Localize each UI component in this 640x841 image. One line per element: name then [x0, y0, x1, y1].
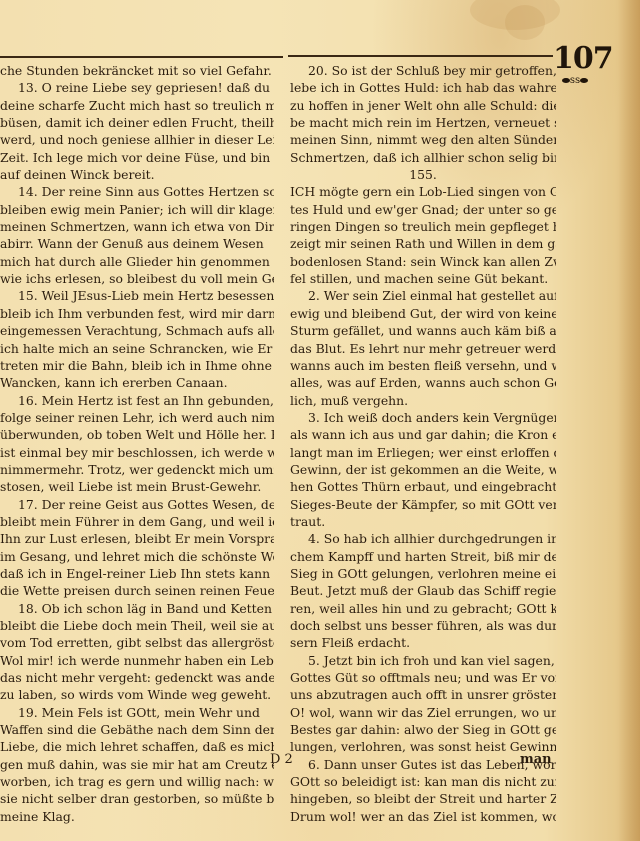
text-line: ICH mögte gern ein Lob-Lied singen von G…: [290, 183, 556, 200]
ornament-dot-icon: [562, 78, 570, 83]
text-line: das nicht mehr vergeht: gedenckt was and…: [0, 669, 274, 686]
text-line: bleib ich Ihm verbunden fest, wird mir d…: [0, 305, 274, 322]
text-line: 15. Weil JEsus-Lieb mein Hertz besessen,…: [0, 287, 274, 304]
text-line: die Wette preisen durch seinen reinen Fe…: [0, 582, 274, 599]
text-line: Sieg in GOtt gelungen, verlohren meine e…: [290, 565, 556, 582]
text-line: 19. Mein Fels ist GOtt, mein Wehr und: [0, 704, 274, 721]
ornament-text: ss: [570, 75, 580, 86]
text-line: Bestes gar dahin: alwo der Sieg in GOtt …: [290, 721, 556, 738]
text-line: 16. Mein Hertz ist fest an Ihn gebunden,…: [0, 392, 274, 409]
text-line: worben, ich trag es gern und willig nach…: [0, 773, 274, 790]
text-line: ringen Dingen so treulich mein gepfleget…: [290, 218, 556, 235]
text-line: meinen Schmertzen, wann ich etwa von Dir: [0, 218, 274, 235]
text-line: Drum wol! wer an das Ziel ist kommen, wo: [290, 808, 556, 825]
text-line: traut.: [290, 513, 556, 530]
text-line: büsen, damit ich deiner edlen Frucht, th…: [0, 114, 274, 131]
text-line: lebe ich in Gottes Huld: ich hab das wah…: [290, 79, 556, 96]
text-line: bleiben ewig mein Panier; ich will dir k…: [0, 201, 274, 218]
right-column: 20. So ist der Schluß bey mir getroffen,…: [290, 62, 556, 825]
text-line: deine scharfe Zucht mich hast so treulic…: [0, 97, 274, 114]
text-line: Liebe, die mich lehret schaffen, daß es …: [0, 738, 274, 755]
text-line: wie ichs erlesen, so bleibest du voll me…: [0, 270, 274, 287]
page-number: 107: [553, 44, 613, 74]
text-line: überwunden, ob toben Welt und Hölle her.…: [0, 426, 274, 443]
text-line: Gottes Güt so offtmals neu; und was Er v…: [290, 669, 556, 686]
text-line: bleibt mein Führer in dem Gang, und weil…: [0, 513, 274, 530]
text-line: 20. So ist der Schluß bey mir getroffen,…: [290, 62, 556, 79]
text-line: wanns auch im besten fleiß versehn, und …: [290, 357, 556, 374]
text-line: Sieges-Beute der Kämpfer, so mit GOtt ve…: [290, 496, 556, 513]
text-line: ich halte mich an seine Schrancken, wie …: [0, 340, 274, 357]
text-line: folge seiner reinen Lehr, ich werd auch …: [0, 409, 274, 426]
catchword: man: [520, 752, 552, 767]
text-line: che Stunden bekräncket mit so viel Gefah…: [0, 62, 274, 79]
text-line: be macht mich rein im Hertzen, verneuet …: [290, 114, 556, 131]
paper-stain: [505, 5, 545, 40]
text-line: Beut. Jetzt muß der Glaub das Schiff reg…: [290, 582, 556, 599]
text-line: meinen Sinn, nimmt weg den alten Sünden-: [290, 131, 556, 148]
text-line: 13. O reine Liebe sey gepriesen! daß du …: [0, 79, 274, 96]
ornament-icon: ss: [552, 75, 598, 87]
text-line: ren, weil alles hin und zu gebracht; GOt…: [290, 600, 556, 617]
text-line: werd, und noch geniese allhier in dieser…: [0, 131, 274, 148]
paper-stain: [470, 0, 560, 30]
text-line: Ihn zur Lust erlesen, bleibt Er mein Vor…: [0, 530, 274, 547]
text-line: Zeit. Ich lege mich vor deine Füse, und …: [0, 149, 274, 166]
text-line: 2. Wer sein Ziel einmal hat gestellet au…: [290, 287, 556, 304]
text-line: zu laben, so wirds vom Winde weg geweht.: [0, 686, 274, 703]
signature-mark: D 2: [270, 752, 293, 767]
text-line: Sturm gefället, und wanns auch käm biß a…: [290, 322, 556, 339]
text-line: bodenlosen Stand: sein Winck kan allen Z…: [290, 253, 556, 270]
text-line: O! wol, wann wir das Ziel errungen, wo u…: [290, 704, 556, 721]
text-line: stosen, weil Liebe ist mein Brust-Gewehr…: [0, 478, 274, 495]
text-line: Schmertzen, daß ich allhier schon selig …: [290, 149, 556, 166]
text-line: sie nicht selber dran gestorben, so müßt…: [0, 790, 274, 807]
text-line: mich hat durch alle Glieder hin genommen…: [0, 253, 274, 270]
text-line: hingeben, so bleibt der Streit und harte…: [290, 790, 556, 807]
text-line: Wol mir! ich werde nunmehr haben ein Leb…: [0, 652, 274, 669]
book-page: 107 ss che Stunden bekräncket mit so vie…: [0, 0, 640, 841]
text-line: Gewinn, der ist gekommen an die Weite, w…: [290, 461, 556, 478]
text-line: Waffen sind die Gebäthe nach dem Sinn de…: [0, 721, 274, 738]
text-line: fel stillen, und machen seine Güt bekant…: [290, 270, 556, 287]
text-line: vom Tod erretten, gibt selbst das allerg…: [0, 634, 274, 651]
text-line: 3. Ich weiß doch anders kein Vergnügen,: [290, 409, 556, 426]
text-line: doch selbst uns besser führen, als was d…: [290, 617, 556, 634]
text-line: ewig und bleibend Gut, der wird von kein…: [290, 305, 556, 322]
text-line: langt man im Erliegen; wer einst erloffe…: [290, 444, 556, 461]
text-line: treten mir die Bahn, bleib ich in Ihme o…: [0, 357, 274, 374]
text-line: zeigt mir seinen Rath und Willen in dem …: [290, 235, 556, 252]
text-line: im Gesang, und lehret mich die schönste …: [0, 548, 274, 565]
text-line: meine Klag.: [0, 808, 274, 825]
left-column: che Stunden bekräncket mit so viel Gefah…: [0, 62, 274, 825]
ornament-dot-icon: [580, 78, 588, 83]
text-line: ist einmal bey mir beschlossen, ich werd…: [0, 444, 274, 461]
text-line: das Blut. Es lehrt nur mehr getreuer wer…: [290, 340, 556, 357]
hymn-number: 155.: [290, 166, 556, 183]
text-line: abirr. Wann der Genuß aus deinem Wesen: [0, 235, 274, 252]
text-line: daß ich in Engel-reiner Lieb Ihn stets k…: [0, 565, 274, 582]
header-rule-left: [0, 56, 283, 58]
text-line: GOtt so beleidigt ist: kan man dis nicht…: [290, 773, 556, 790]
text-line: auf deinen Winck bereit.: [0, 166, 274, 183]
text-line: 14. Der reine Sinn aus Gottes Hertzen so…: [0, 183, 274, 200]
text-line: 5. Jetzt bin ich froh und kan viel sagen…: [290, 652, 556, 669]
text-line: 6. Dann unser Gutes ist das Leben, woran: [290, 756, 556, 773]
text-line: tes Huld und ew'ger Gnad; der unter so g…: [290, 201, 556, 218]
text-line: uns abzutragen auch offt in unsrer gröst…: [290, 686, 556, 703]
header-rule-right: [288, 55, 553, 57]
text-line: 17. Der reine Geist aus Gottes Wesen, de…: [0, 496, 274, 513]
text-line: nimmermehr. Trotz, wer gedenckt mich umz…: [0, 461, 274, 478]
text-line: alles, was auf Erden, wanns auch schon G…: [290, 374, 556, 391]
text-line: sern Fleiß erdacht.: [290, 634, 556, 651]
text-line: hen Gottes Thürn erbaut, und eingebracht…: [290, 478, 556, 495]
text-line: bleibt die Liebe doch mein Theil, weil s…: [0, 617, 274, 634]
text-line: als wann ich aus und gar dahin; die Kron…: [290, 426, 556, 443]
text-line: 18. Ob ich schon läg in Band und Ketten …: [0, 600, 274, 617]
text-line: eingemessen Verachtung, Schmach aufs all…: [0, 322, 274, 339]
text-line: zu hoffen in jener Welt ohn alle Schuld:…: [290, 97, 556, 114]
text-line: lungen, verlohren, was sonst heist Gewin…: [290, 738, 556, 755]
text-line: 4. So hab ich allhier durchgedrungen in …: [290, 530, 556, 547]
text-line: lich, muß vergehn.: [290, 392, 556, 409]
text-line: chem Kampff und harten Streit, biß mir d…: [290, 548, 556, 565]
text-line: gen muß dahin, was sie mir hat am Creutz…: [0, 756, 274, 773]
text-line: Wancken, kann ich ererben Canaan.: [0, 374, 274, 391]
